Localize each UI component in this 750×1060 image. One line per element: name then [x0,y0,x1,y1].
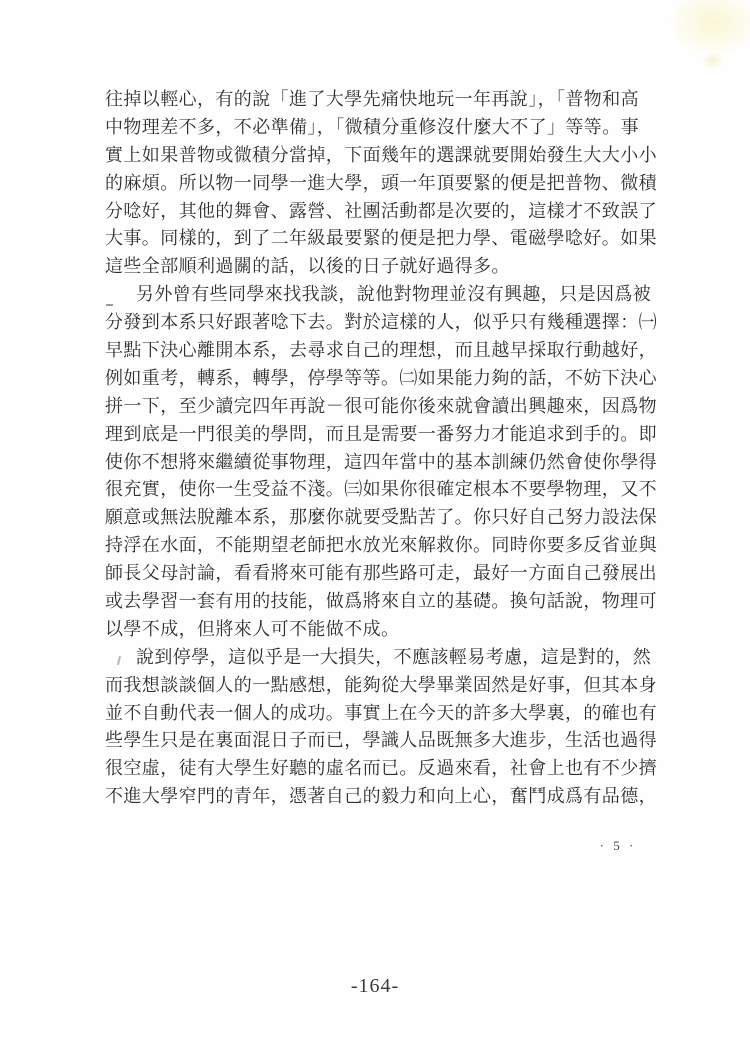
text-line: 拼一下，至少讀完四年再說－很可能你後來就會讀出興趣來，因爲物 [105,393,663,421]
text-line: 很空虛，徒有大學生好聽的虛名而已。反過來看，社會上也有不少擠 [105,755,663,783]
text-line: 往掉以輕心，有的說「進了大學先痛快地玩一年再說」，「普物和高 [105,86,663,114]
paragraph: 說到停學，這似乎是一大損失，不應該輕易考慮，這是對的，然 而我想談談個人的一點感… [105,644,663,811]
text-line: 理到底是一門很美的學問，而且是需要一番努力才能追求到手的。即 [105,421,663,449]
scan-artifact-dash [106,304,113,306]
page-text: 往掉以輕心，有的說「進了大學先痛快地玩一年再說」，「普物和高 中物理差不多，不必… [105,86,663,811]
text-line: 不進大學窄門的青年，憑著自己的毅力和向上心，奮鬥成爲有品德， [105,783,663,811]
text-line: 分唸好，其他的舞會、露營、社團活動都是次要的，這樣才不致誤了 [105,198,663,226]
scanned-book-page: 往掉以輕心，有的說「進了大學先痛快地玩一年再說」，「普物和高 中物理差不多，不必… [0,0,750,1060]
text-line: 而我想談談個人的一點感想，能夠從大學畢業固然是好事，但其本身 [105,672,663,700]
paragraph: 另外曾有些同學來找我談，說他對物理並沒有興趣，只是因爲被 分發到本系只好跟著唸下… [105,281,663,644]
text-line: 分發到本系只好跟著唸下去。對於這樣的人，似乎只有幾種選擇：㈠ [105,309,663,337]
text-line: 另外曾有些同學來找我談，說他對物理並沒有興趣，只是因爲被 [105,281,663,309]
text-line: 願意或無法脫離本系，那麼你就要受點苦了。你只好自己努力設法保 [105,504,663,532]
text-line: 師長父母討論，看看將來可能有那些路可走，最好一方面自己發展出 [105,560,663,588]
text-line: 說到停學，這似乎是一大損失，不應該輕易考慮，這是對的，然 [105,644,663,672]
text-line: 並不自動代表一個人的成功。事實上在今天的許多大學裏，的確也有 [105,700,663,728]
paragraph: 往掉以輕心，有的說「進了大學先痛快地玩一年再說」，「普物和高 中物理差不多，不必… [105,86,663,281]
text-line: 以學不成，但將來人可不能做不成。 [105,616,663,644]
scan-stain [702,52,724,69]
text-line: 或去學習一套有用的技能，做爲將來自立的基礎。換句話說，物理可 [105,588,663,616]
text-line: 很充實，使你一生受益不淺。㈢如果你很確定根本不要學物理，又不 [105,476,663,504]
text-line: 早點下決心離開本系，去尋求自己的理想，而且越早採取行動越好， [105,337,663,365]
text-line: 些學生只是在裏面混日子而已，學識人品既無多大進步，生活也過得 [105,727,663,755]
text-line: 這些全部順利過關的話，以後的日子就好過得多。 [105,253,663,281]
text-line: 的麻煩。所以物一同學一進大學，頭一年頂要緊的便是把普物、微積 [105,170,663,198]
scan-stain [666,0,750,58]
text-line: 使你不想將來繼續從事物理，這四年當中的基本訓練仍然會使你學得 [105,449,663,477]
text-line: 大事。同樣的，到了二年級最要緊的便是把力學、電磁學唸好。如果 [105,225,663,253]
section-page-marker: · 5 · [588,838,648,854]
text-line: 實上如果普物或微積分當掉，下面幾年的選課就要開始發生大大小小 [105,142,663,170]
text-line: 持浮在水面，不能期望老師把水放光來解救你。同時你要多反省並與 [105,532,663,560]
text-line: 例如重考，轉系，轉學，停學等等。㈡如果能力夠的話，不妨下決心 [105,365,663,393]
text-line: 中物理差不多，不必準備」，「微積分重修沒什麼大不了」等等。事 [105,114,663,142]
footer-page-number: -164- [295,975,455,998]
